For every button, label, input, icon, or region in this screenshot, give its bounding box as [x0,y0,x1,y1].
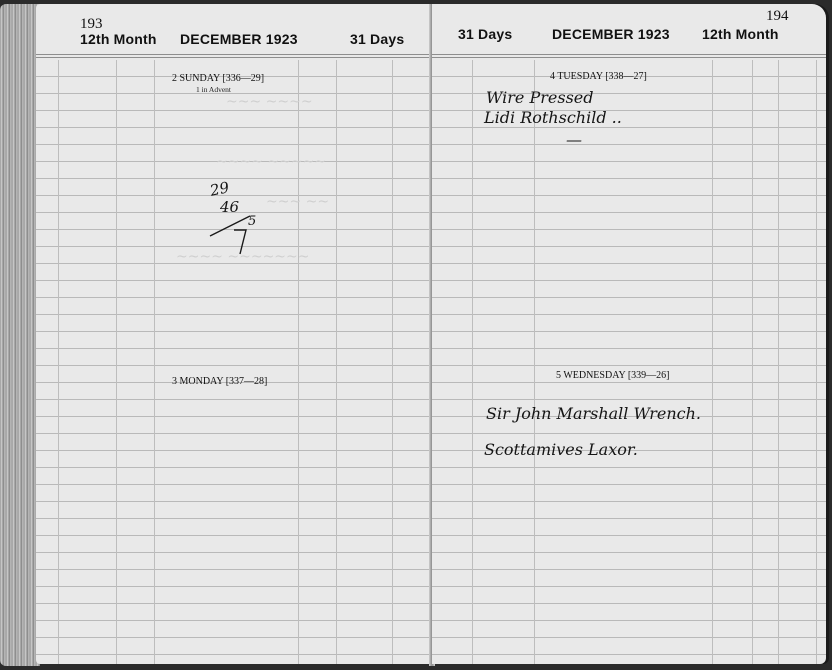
month-number-label: 12th Month [80,31,157,47]
page-number: 194 [766,8,789,25]
handwritten-entry: Wire Pressed [486,88,594,107]
handwritten-entry: Lidi Rothschild .. [484,108,622,127]
column-rule [778,60,779,664]
month-number-label: 12th Month [702,26,779,42]
column-rule [116,60,117,664]
column-rule [298,60,299,664]
column-rule [154,60,155,664]
handwritten-mark: — [566,130,582,149]
days-count-label: 31 Days [458,26,512,42]
left-page: 193 12th Month DECEMBER 1923 31 Days 2 S… [36,4,432,664]
page-edges [0,4,40,666]
month-title: DECEMBER 1923 [552,26,670,42]
diary-spread: 193 12th Month DECEMBER 1923 31 Days 2 S… [0,0,832,670]
handwritten-entry: Sir John Marshall Wrench. [486,404,701,423]
header-rule [36,54,432,55]
day-heading-tuesday: 4 TUESDAY [338—27] [550,71,647,82]
bleed-through-text: ~~~ ~~ [266,194,329,210]
column-rule [816,60,817,664]
ruled-lines [36,60,432,664]
column-rule [534,60,535,664]
bleed-through-text: ~~~ ~~~~ [226,94,313,110]
column-rule [472,60,473,664]
day-heading-sunday: 2 SUNDAY [336—29] [172,73,264,84]
day-heading-monday: 3 MONDAY [337—28] [172,376,267,387]
handwritten-entry: Scottamives Laxor. [484,440,638,459]
column-rule [336,60,337,664]
day-heading-wednesday: 5 WEDNESDAY [339—26] [556,370,670,381]
month-title: DECEMBER 1923 [180,31,298,47]
handwritten-sum-line [206,204,266,264]
column-rule [392,60,393,664]
header-rule [36,57,432,58]
column-rule [58,60,59,664]
day-subtitle: 1 in Advent [196,85,231,94]
column-rule [752,60,753,664]
handwritten-number: 5 [248,214,256,229]
bleed-through-text: ~~~~ ~~~~~ [216,154,326,170]
right-page: 194 31 Days DECEMBER 1923 12th Month 4 T… [432,4,826,664]
ruled-lines [432,60,826,664]
header-rule [432,57,826,58]
column-rule [712,60,713,664]
days-count-label: 31 Days [350,31,404,47]
header-rule [432,54,826,55]
